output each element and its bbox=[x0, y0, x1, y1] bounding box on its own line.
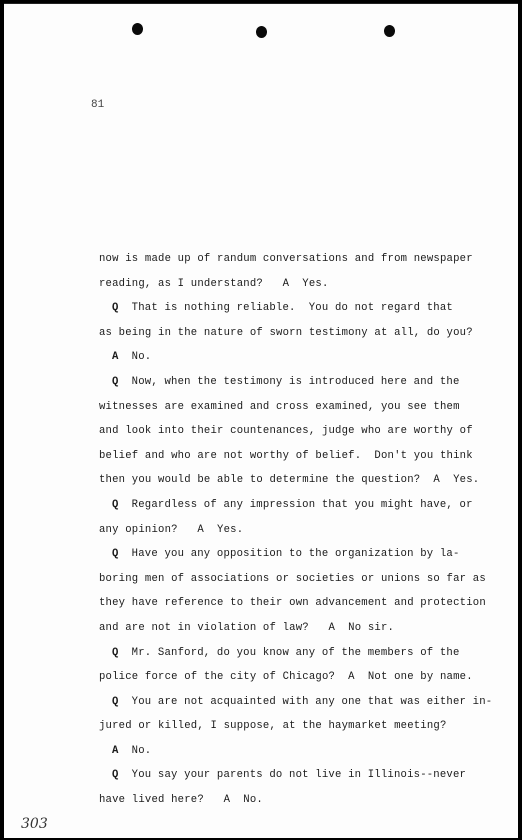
transcript-line: now is made up of randum conversations a… bbox=[99, 247, 499, 272]
transcript-line: A No. bbox=[99, 739, 499, 764]
transcript-line: belief and who are not worthy of belief.… bbox=[99, 444, 499, 469]
transcript-line: jured or killed, I suppose, at the hayma… bbox=[99, 714, 499, 739]
page-number: 81 bbox=[91, 99, 104, 111]
transcript-line: witnesses are examined and cross examine… bbox=[99, 395, 499, 420]
line-text: You say your parents do not live in Illi… bbox=[119, 769, 467, 781]
line-text: as being in the nature of sworn testimon… bbox=[99, 327, 473, 339]
line-text: Mr. Sanford, do you know any of the memb… bbox=[119, 647, 460, 659]
transcript-body: now is made up of randum conversations a… bbox=[99, 247, 499, 813]
transcript-line: police force of the city of Chicago? A N… bbox=[99, 665, 499, 690]
transcript-line: as being in the nature of sworn testimon… bbox=[99, 321, 499, 346]
transcript-line: Q Mr. Sanford, do you know any of the me… bbox=[99, 641, 499, 666]
binder-hole-center bbox=[256, 26, 267, 38]
line-text: jured or killed, I suppose, at the hayma… bbox=[99, 720, 447, 732]
line-text: have lived here? A No. bbox=[99, 794, 263, 806]
line-text: boring men of associations or societies … bbox=[99, 573, 486, 585]
line-text: then you would be able to determine the … bbox=[99, 474, 479, 486]
line-text: and are not in violation of law? A No si… bbox=[99, 622, 394, 634]
transcript-line: they have reference to their own advance… bbox=[99, 591, 499, 616]
line-text: reading, as I understand? A Yes. bbox=[99, 278, 329, 290]
transcript-line: boring men of associations or societies … bbox=[99, 567, 499, 592]
transcript-line: Q Now, when the testimony is introduced … bbox=[99, 370, 499, 395]
transcript-line: Q That is nothing reliable. You do not r… bbox=[99, 296, 499, 321]
line-text: That is nothing reliable. You do not reg… bbox=[119, 302, 453, 314]
transcript-line: Q You are not acquainted with any one th… bbox=[99, 690, 499, 715]
transcript-line: Q You say your parents do not live in Il… bbox=[99, 763, 499, 788]
binder-hole-left bbox=[132, 23, 143, 35]
transcript-line: Q Have you any opposition to the organiz… bbox=[99, 542, 499, 567]
document-page: 81 now is made up of randum conversation… bbox=[4, 3, 518, 838]
line-text: police force of the city of Chicago? A N… bbox=[99, 671, 473, 683]
line-text: Regardless of any impression that you mi… bbox=[119, 499, 473, 511]
transcript-line: have lived here? A No. bbox=[99, 788, 499, 813]
transcript-line: reading, as I understand? A Yes. bbox=[99, 272, 499, 297]
transcript-line: and are not in violation of law? A No si… bbox=[99, 616, 499, 641]
line-text: they have reference to their own advance… bbox=[99, 597, 486, 609]
transcript-line: any opinion? A Yes. bbox=[99, 518, 499, 543]
line-text: now is made up of randum conversations a… bbox=[99, 253, 473, 265]
line-text: and look into their countenances, judge … bbox=[99, 425, 473, 437]
line-text: belief and who are not worthy of belief.… bbox=[99, 450, 473, 462]
line-text: witnesses are examined and cross examine… bbox=[99, 401, 460, 413]
line-text: Have you any opposition to the organizat… bbox=[119, 548, 460, 560]
transcript-line: then you would be able to determine the … bbox=[99, 468, 499, 493]
transcript-line: Q Regardless of any impression that you … bbox=[99, 493, 499, 518]
line-text: Now, when the testimony is introduced he… bbox=[119, 376, 460, 388]
transcript-line: and look into their countenances, judge … bbox=[99, 419, 499, 444]
line-text: any opinion? A Yes. bbox=[99, 524, 243, 536]
line-text: No. bbox=[119, 745, 152, 757]
handwritten-folio-number: 303 bbox=[21, 816, 48, 832]
line-text: No. bbox=[119, 351, 152, 363]
binder-hole-right bbox=[384, 25, 395, 37]
transcript-line: A No. bbox=[99, 345, 499, 370]
line-text: You are not acquainted with any one that… bbox=[119, 696, 493, 708]
